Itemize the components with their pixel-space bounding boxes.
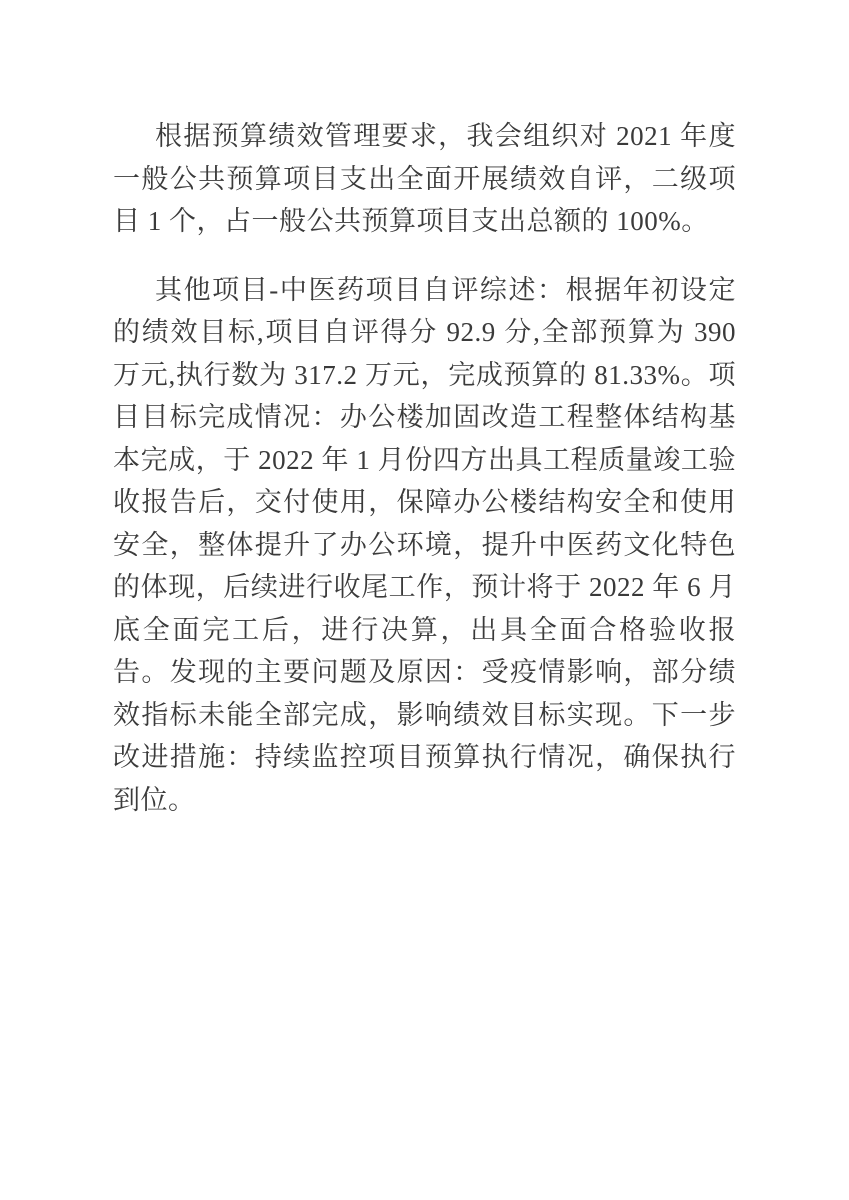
document-body: 根据预算绩效管理要求，我会组织对 2021 年度一般公共预算项目支出全面开展绩效… <box>113 115 736 847</box>
paragraph-tcm-project-self-evaluation: 其他项目-中医药项目自评综述：根据年初设定的绩效目标,项目自评得分 92.9 分… <box>113 269 736 822</box>
document-page: 根据预算绩效管理要求，我会组织对 2021 年度一般公共预算项目支出全面开展绩效… <box>0 0 849 1200</box>
paragraph-budget-self-evaluation-overview: 根据预算绩效管理要求，我会组织对 2021 年度一般公共预算项目支出全面开展绩效… <box>113 115 736 243</box>
